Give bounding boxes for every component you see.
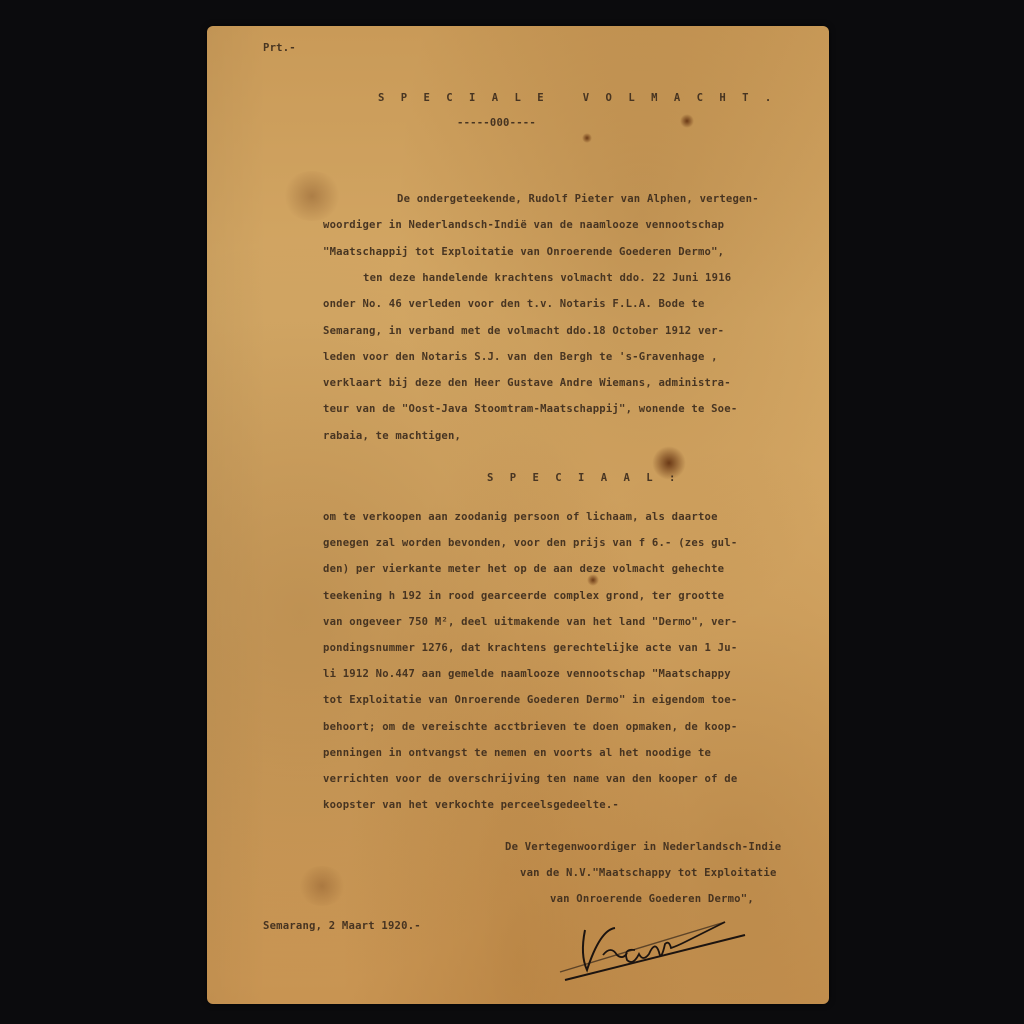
text-line: verklaart bij deze den Heer Gustave Andr… <box>323 377 731 389</box>
text-line: Semarang, in verband met de volmacht ddo… <box>323 325 724 337</box>
text-line: van Onroerende Goederen Dermo", <box>550 893 754 905</box>
text-line: penningen in ontvangst te nemen en voort… <box>323 747 711 759</box>
text-line: ten deze handelende krachtens volmacht d… <box>363 272 731 284</box>
text-line: leden voor den Notaris S.J. van den Berg… <box>323 351 718 363</box>
document-title: S P E C I A L E V O L M A C H T . <box>378 92 776 104</box>
text-line: van ongeveer 750 M², deel uitmakende van… <box>323 616 737 628</box>
stain <box>680 114 694 128</box>
paper-fold-shadow <box>207 26 267 1004</box>
text-line: De ondergeteekende, Rudolf Pieter van Al… <box>397 193 759 205</box>
text-line: teur van de "Oost-Java Stoomtram-Maatsch… <box>323 403 737 415</box>
stain <box>582 133 592 143</box>
text-line: rabaia, te machtigen, <box>323 430 461 442</box>
text-line: koopster van het verkochte perceelsgedee… <box>323 799 619 811</box>
stain <box>297 866 347 906</box>
text-line: om te verkoopen aan zoodanig persoon of … <box>323 511 718 523</box>
stain <box>282 171 342 221</box>
text-line: genegen zal worden bevonden, voor den pr… <box>323 537 737 549</box>
stain <box>587 574 599 586</box>
title-rule: -----000---- <box>457 117 536 129</box>
text-line: tot Exploitatie van Onroerende Goederen … <box>323 694 737 706</box>
text-line: verrichten voor de overschrijving ten na… <box>323 773 737 785</box>
signature <box>555 910 755 990</box>
text-line: De Vertegenwoordiger in Nederlandsch-Ind… <box>505 841 781 853</box>
place-date: Semarang, 2 Maart 1920.- <box>263 920 421 932</box>
text-line: woordiger in Nederlandsch-Indië van de n… <box>323 219 724 231</box>
document-ref: Prt.- <box>263 42 296 54</box>
text-line: pondingsnummer 1276, dat krachtens gerec… <box>323 642 737 654</box>
text-line: li 1912 No.447 aan gemelde naamlooze ven… <box>323 668 731 680</box>
text-line: onder No. 46 verleden voor den t.v. Nota… <box>323 298 705 310</box>
text-line: behoort; om de vereischte acctbrieven te… <box>323 721 737 733</box>
text-line: "Maatschappij tot Exploitatie van Onroer… <box>323 246 724 258</box>
text-line: teekening h 192 in rood gearceerde compl… <box>323 590 724 602</box>
text-line: van de N.V."Maatschappy tot Exploitatie <box>520 867 777 879</box>
section-heading: S P E C I A A L : <box>487 472 680 484</box>
text-line: den) per vierkante meter het op de aan d… <box>323 563 724 575</box>
